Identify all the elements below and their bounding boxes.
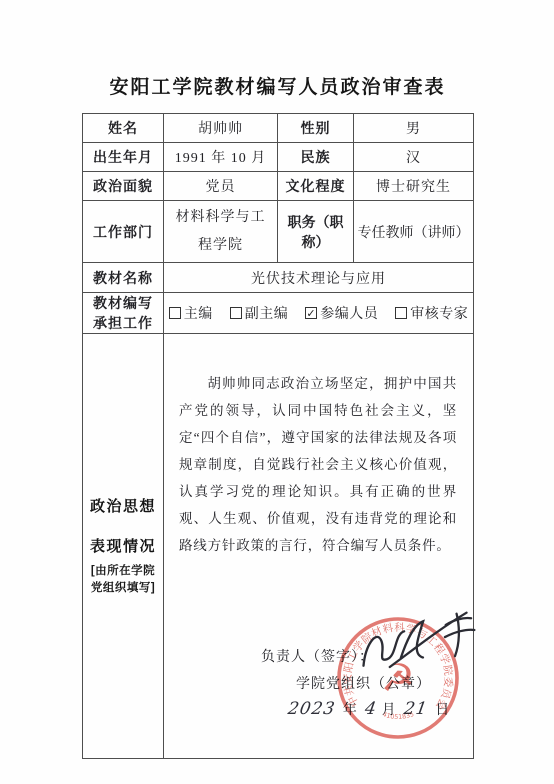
gender-label: 性别 <box>278 114 354 143</box>
checkbox-icon <box>169 307 181 319</box>
org-seal-label: 学院党组织（公章） <box>296 673 431 693</box>
department-value: 材料科学与工程学院 <box>164 201 278 263</box>
checkbox-option-review-expert: 审核专家 <box>395 303 468 323</box>
ethnicity-value: 汉 <box>354 143 474 172</box>
review-body: 胡帅帅同志政治立场坚定，拥护中国共产党的领导，认同中国特色社会主义，坚定“四个自… <box>167 370 470 758</box>
table-row: 政治面貌 党员 文化程度 博士研究生 <box>83 172 474 201</box>
year-unit: 年 <box>343 703 358 718</box>
option-label: 主编 <box>184 303 213 323</box>
review-note: [由所在学院 党组织填写] <box>91 563 155 597</box>
table-row: 政治思想 表现情况 [由所在学院 党组织填写] 胡帅帅同志政治立场坚定，拥护中国… <box>83 334 474 759</box>
table-row: 出生年月 1991 年 10 月 民族 汉 <box>83 143 474 172</box>
review-form-table: 姓名 胡帅帅 性别 男 出生年月 1991 年 10 月 民族 汉 政治面貌 党… <box>82 113 474 759</box>
handwritten-day: 21 <box>403 699 430 719</box>
textbook-label: 教材名称 <box>83 263 164 293</box>
day-unit: 日 <box>435 703 450 718</box>
review-label-cell: 政治思想 表现情况 [由所在学院 党组织填写] <box>83 334 164 759</box>
handwritten-year: 2023 <box>286 699 336 719</box>
table-row: 姓名 胡帅帅 性别 男 <box>83 114 474 143</box>
role-label: 教材编写 承担工作 <box>83 293 164 334</box>
checkbox-icon <box>230 307 242 319</box>
table-row: 教材编写 承担工作 主编 副主编 ✓ 参编人员 <box>83 293 474 334</box>
page-title: 安阳工学院教材编写人员政治审查表 <box>82 72 473 99</box>
checkbox-group: 主编 副主编 ✓ 参编人员 审核专家 <box>167 303 470 323</box>
name-value: 胡帅帅 <box>164 114 278 143</box>
checkbox-option-chief-editor: 主编 <box>169 303 213 323</box>
table-row: 工作部门 材料科学与工程学院 职务（职称） 专任教师（讲师） <box>83 201 474 263</box>
checkbox-option-deputy-editor: 副主编 <box>230 303 289 323</box>
option-label: 审核专家 <box>410 303 468 323</box>
review-label: 政治思想 表现情况 [由所在学院 党组织填写] <box>83 352 163 740</box>
birth-label: 出生年月 <box>83 143 164 172</box>
signer-label: 负责人（签字）： <box>261 646 374 666</box>
gender-value: 男 <box>354 114 474 143</box>
review-paragraph: 胡帅帅同志政治立场坚定，拥护中国共产党的领导，认同中国特色社会主义，坚定“四个自… <box>179 370 457 559</box>
option-label: 副主编 <box>245 303 289 323</box>
political-status-value: 党员 <box>164 172 278 201</box>
department-label: 工作部门 <box>83 201 164 263</box>
date-line: 2023 年 4 月 21 日 <box>288 699 453 719</box>
position-label: 职务（职称） <box>278 201 354 263</box>
education-value: 博士研究生 <box>354 172 474 201</box>
textbook-value: 光伏技术理论与应用 <box>164 263 474 293</box>
option-label: 参编人员 <box>320 303 378 323</box>
name-label: 姓名 <box>83 114 164 143</box>
scanned-document-page: 安阳工学院教材编写人员政治审查表 姓名 胡帅帅 性别 男 出生年月 1991 年… <box>0 0 554 784</box>
handwritten-month: 4 <box>364 699 379 719</box>
month-unit: 月 <box>382 703 397 718</box>
checkbox-checked-icon: ✓ <box>305 307 317 319</box>
birth-value: 1991 年 10 月 <box>164 143 278 172</box>
position-value: 专任教师（讲师） <box>354 201 474 263</box>
table-row: 教材名称 光伏技术理论与应用 <box>83 263 474 293</box>
political-status-label: 政治面貌 <box>83 172 164 201</box>
review-content-cell: 胡帅帅同志政治立场坚定，拥护中国共产党的领导，认同中国特色社会主义，坚定“四个自… <box>164 334 474 759</box>
checkbox-icon <box>395 307 407 319</box>
checkbox-option-participant: ✓ 参编人员 <box>305 303 378 323</box>
ethnicity-label: 民族 <box>278 143 354 172</box>
education-label: 文化程度 <box>278 172 354 201</box>
role-options-cell: 主编 副主编 ✓ 参编人员 审核专家 <box>164 293 474 334</box>
